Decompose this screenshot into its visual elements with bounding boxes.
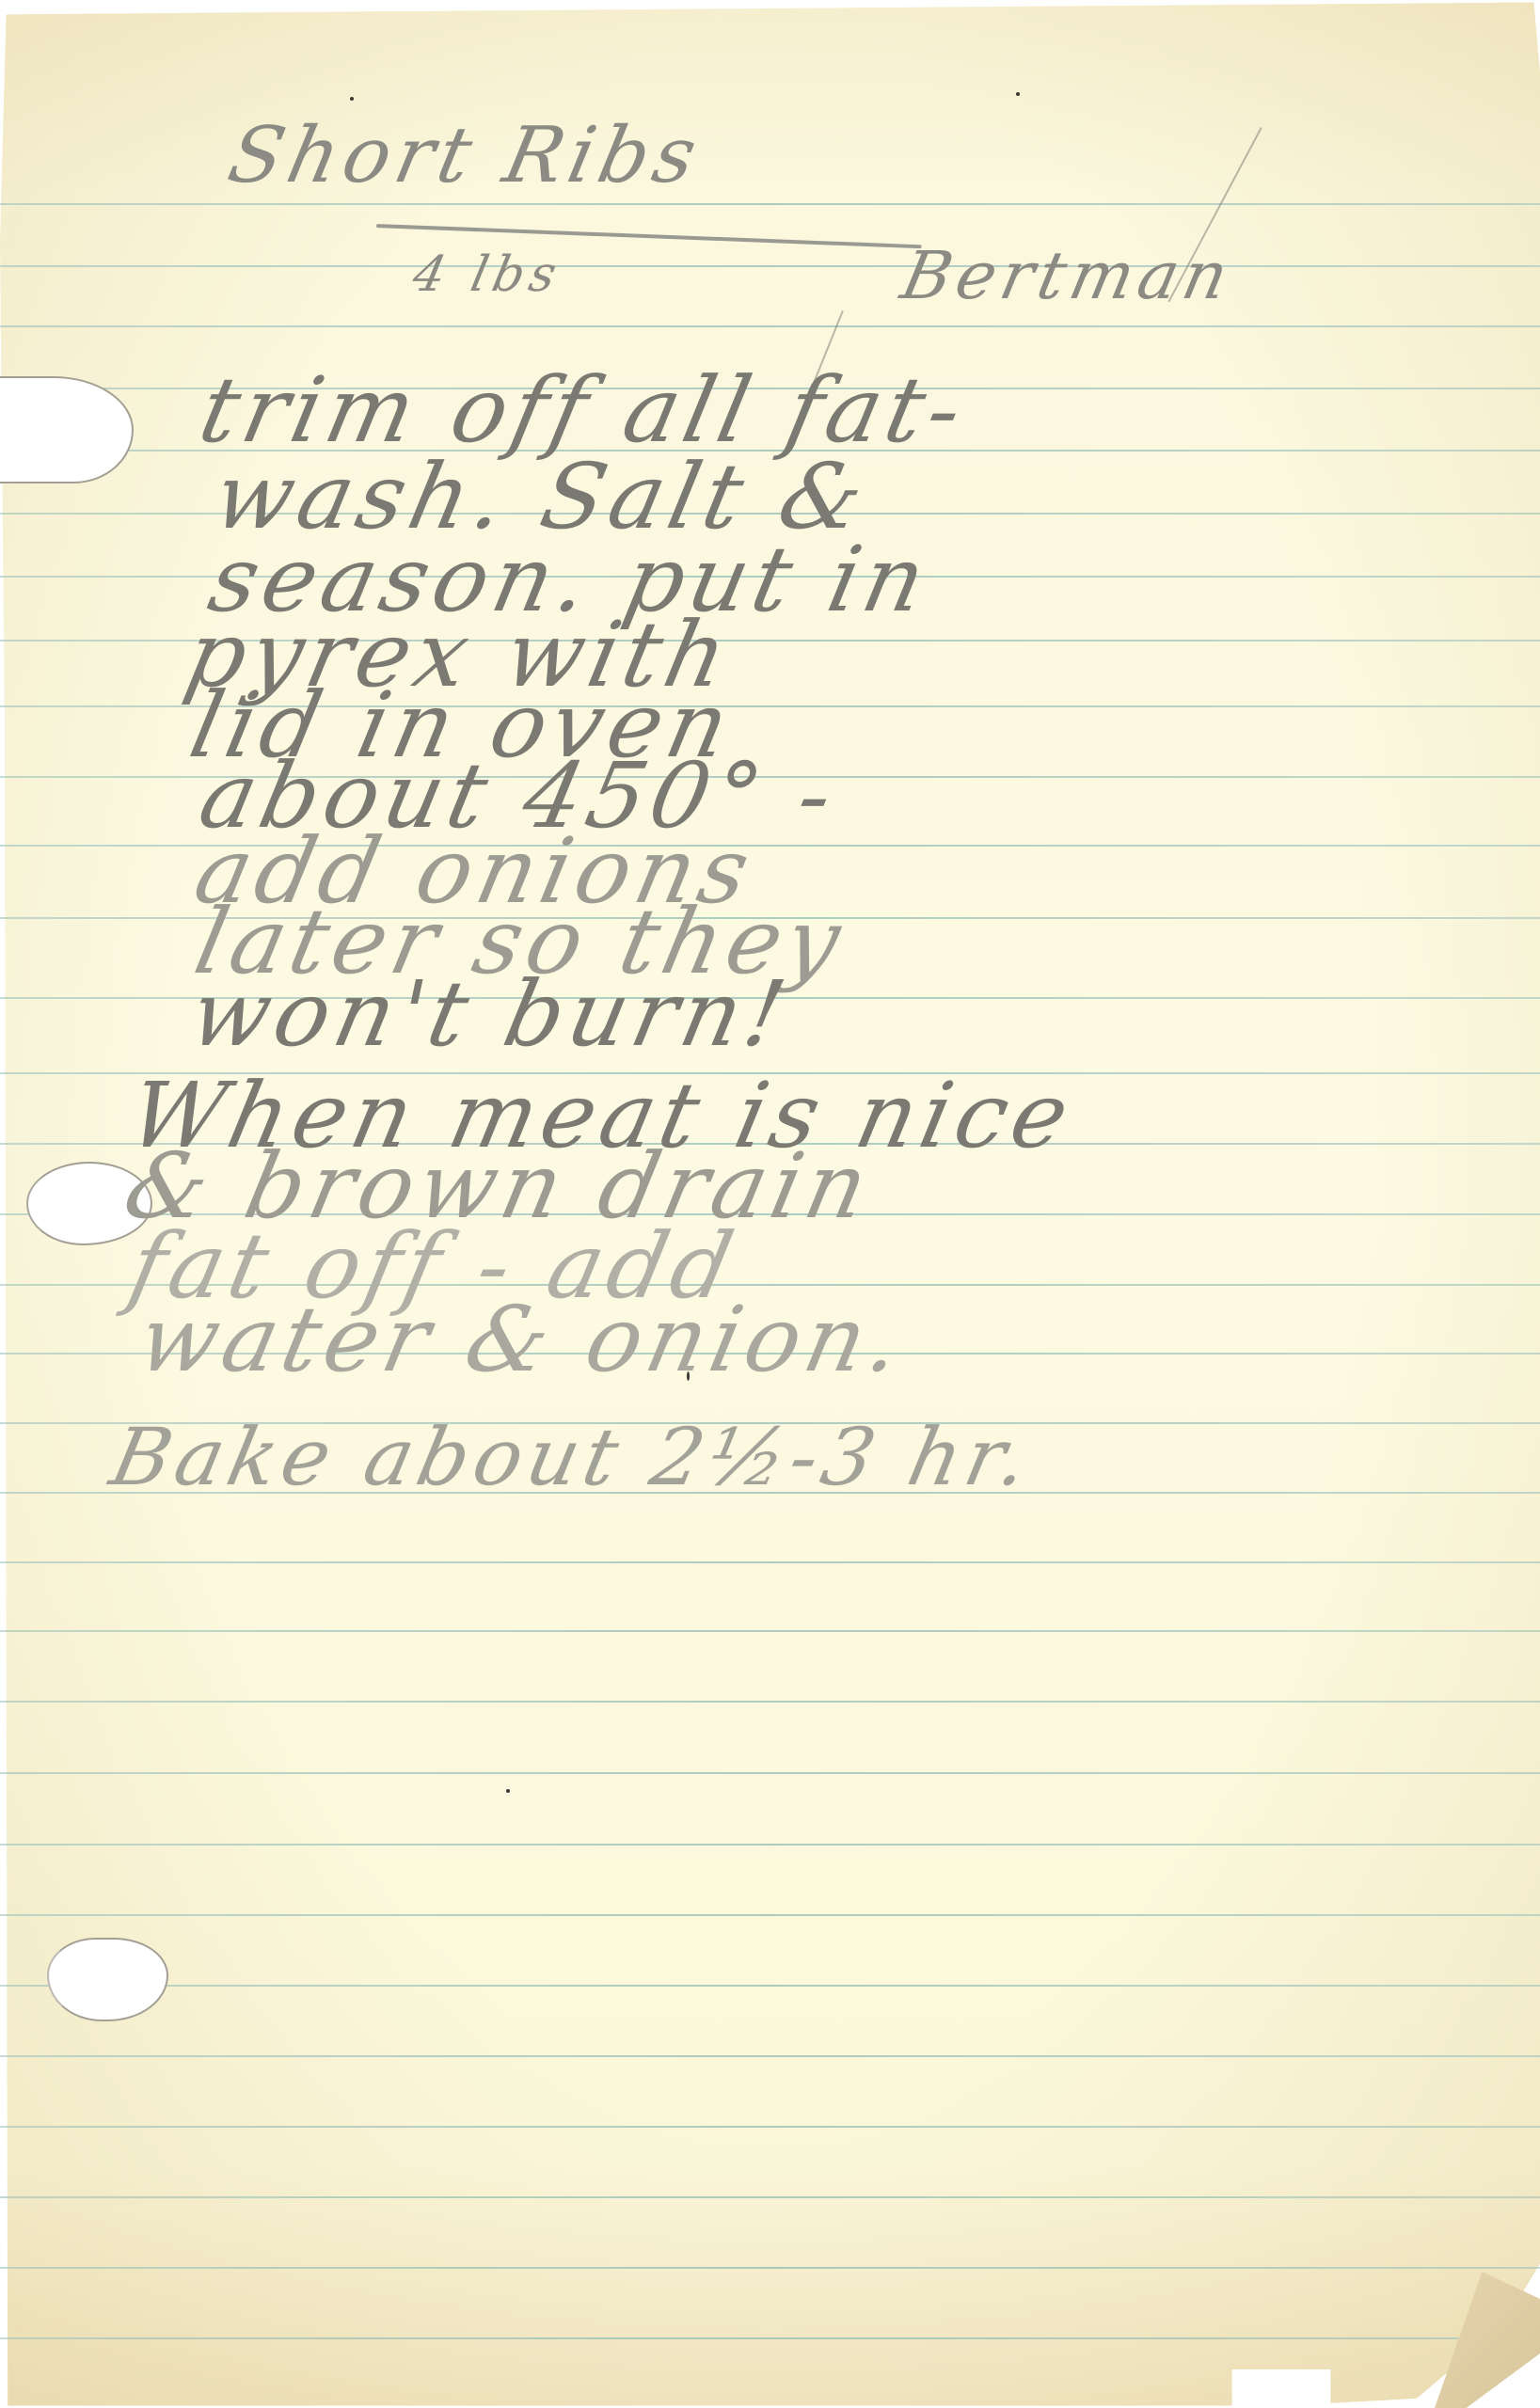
rule-line — [0, 1844, 1540, 1846]
recipe-line: water & onion. — [130, 1287, 915, 1392]
rule-line — [0, 2126, 1540, 2128]
recipe-line: Bake about 2½-3 hr. — [103, 1411, 1042, 1503]
rule-line — [0, 1914, 1540, 1916]
recipe-line: won't burn! — [182, 961, 800, 1067]
rule-line — [0, 1701, 1540, 1703]
recipe-title: Short Ribs — [221, 111, 709, 200]
speck — [506, 1789, 510, 1793]
rule-line — [0, 2055, 1540, 2057]
rule-line — [0, 2337, 1540, 2339]
recipe-source: Bertman — [895, 237, 1240, 314]
rule-line — [0, 203, 1540, 205]
rule-line — [0, 2267, 1540, 2269]
rule-line — [0, 325, 1540, 327]
speck — [350, 97, 354, 101]
rule-line — [0, 1630, 1540, 1632]
rule-line — [0, 1772, 1540, 1774]
rule-line — [0, 1561, 1540, 1563]
recipe-weight: 4 lbs — [408, 246, 567, 303]
speck — [1016, 92, 1020, 96]
rule-line — [0, 265, 1540, 267]
rule-line — [0, 1985, 1540, 1987]
rule-line — [0, 2196, 1540, 2198]
